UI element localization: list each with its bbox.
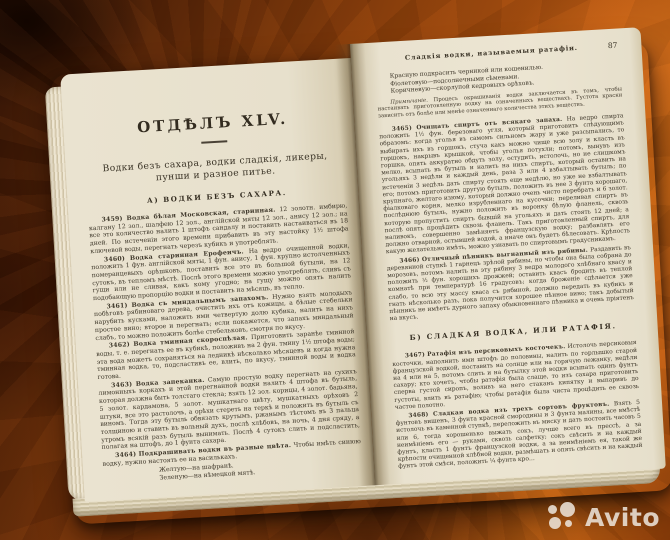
subsection-heading-b: Б) СЛАДКАЯ ВОДКА, ИЛИ РАТАФІЯ. [391, 320, 636, 343]
running-head: Сладкія водки, называемыя ратафіи. [375, 42, 609, 63]
page-number: 87 [608, 40, 620, 50]
avito-logo-circle [565, 520, 572, 527]
left-page: ОТДѢЛЪ XLV. Водки безъ сахара, водки сла… [60, 58, 375, 502]
avito-logo-circle [548, 505, 557, 514]
avito-logo-icon [548, 502, 578, 532]
paragraph-number: 3466) [399, 256, 420, 264]
paragraph-number: 3465) [392, 124, 413, 132]
avito-logo-circle [549, 517, 561, 529]
avito-brand-text: Avito [585, 503, 660, 532]
avito-logo-circle [560, 502, 575, 517]
recipe-paragraph: 3466) Отличный пѣнникъ выгнанный изъ ряб… [386, 244, 634, 324]
running-header-row: Сладкія водки, называемыя ратафіи. 87 [375, 40, 620, 63]
paragraph-number: 3468) [408, 411, 429, 419]
section-title: ОТДѢЛЪ XLV. [83, 107, 343, 140]
page-spread: ОТДѢЛЪ XLV. Водки безъ сахара, водки сла… [59, 27, 665, 502]
page-subtitle: Водки безъ сахара, водки сладкія, ликеры… [91, 150, 339, 187]
paragraph-number: 3467) [405, 352, 426, 360]
avito-watermark: Avito [548, 502, 660, 532]
paragraph-body: На ведро спирта положить 1½ фун. березов… [379, 113, 630, 255]
right-page: Сладкія водки, называемыя ратафіи. 87 Кр… [350, 27, 666, 485]
open-book: ОТДѢЛЪ XLV. Водки безъ сахара, водки сла… [43, 27, 668, 517]
section-rule [201, 140, 227, 143]
recipe-paragraph: 3465) Очищать спиртъ отъ всякаго запаха.… [379, 112, 631, 257]
